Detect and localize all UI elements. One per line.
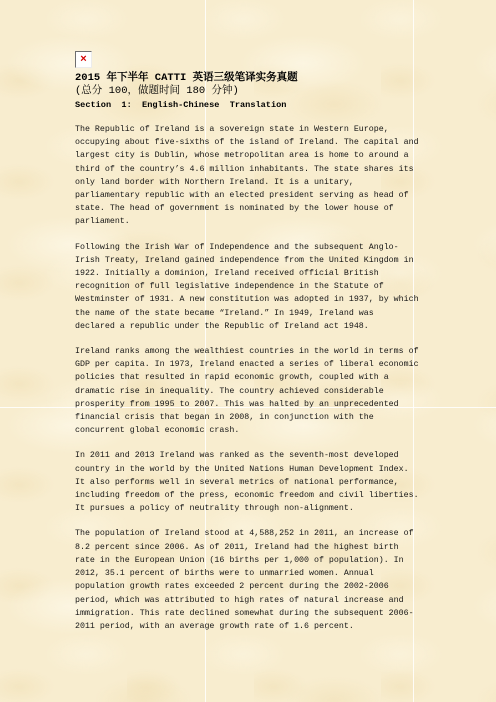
exam-content: × 2015 年下半年 CATTI 英语三级笔译实务真题 (总分 100，做题时…	[75, 51, 480, 633]
exam-paragraph-2: Following the Irish War of Independence …	[75, 241, 480, 333]
exam-paragraph-3: Ireland ranks among the wealthiest count…	[75, 345, 480, 437]
exam-document-page: × 2015 年下半年 CATTI 英语三级笔译实务真题 (总分 100，做题时…	[0, 0, 496, 702]
exam-paragraph-1: The Republic of Ireland is a sovereign s…	[75, 123, 480, 229]
broken-image-icon: ×	[75, 51, 92, 68]
exam-score-and-time: (总分 100，做题时间 180 分钟)	[75, 85, 480, 98]
section-heading: Section 1: English-Chinese Translation	[75, 99, 480, 111]
red-x-icon: ×	[80, 54, 86, 65]
exam-paragraph-4: In 2011 and 2013 Ireland was ranked as t…	[75, 449, 480, 515]
exam-paragraph-5: The population of Ireland stood at 4,588…	[75, 527, 480, 633]
exam-title: 2015 年下半年 CATTI 英语三级笔译实务真题	[75, 72, 480, 85]
